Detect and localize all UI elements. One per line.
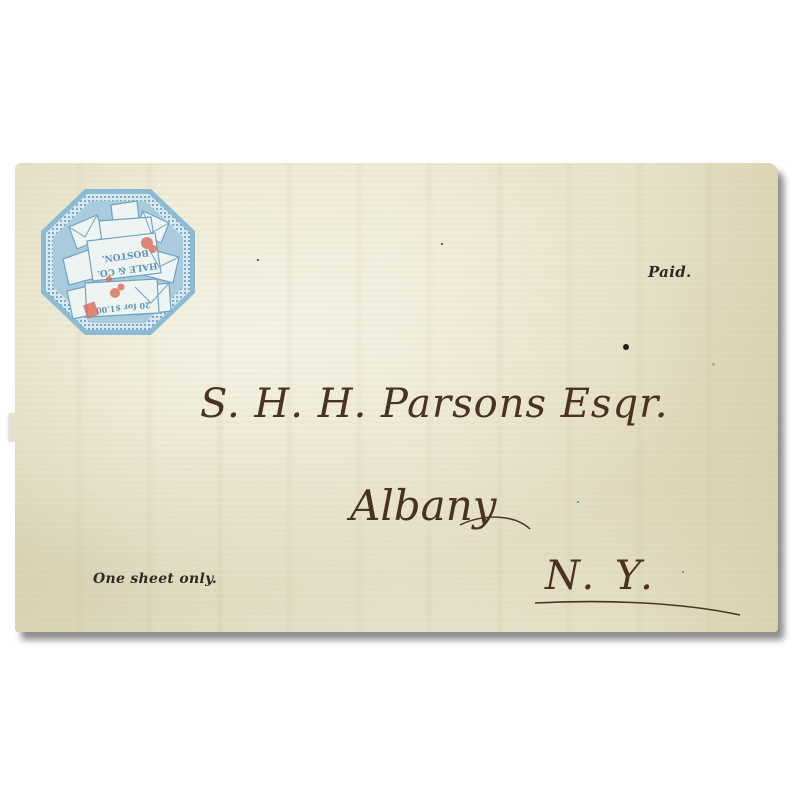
address-state: N. Y. [545,553,657,599]
one-sheet-only-marking: One sheet only. [93,571,217,587]
ink-blot [623,344,629,350]
octagonal-stamp: BOSTON. HALE & CO. 20 for $1.00 [39,187,197,337]
paper-speck [257,259,259,261]
paper-speck [577,501,579,503]
paper-speck [712,363,715,366]
photo-scene: BOSTON. HALE & CO. 20 for $1.00 Paid. On… [0,0,794,794]
paid-marking: Paid. [648,263,692,281]
paper-speck [441,243,443,245]
paper-speck [682,571,684,573]
envelope: BOSTON. HALE & CO. 20 for $1.00 Paid. On… [15,163,778,632]
stamp-icon: BOSTON. HALE & CO. 20 for $1.00 [39,187,197,337]
address-city: Albany [350,481,496,530]
addressee-name: S. H. H. Parsons Esqr. [200,381,669,427]
